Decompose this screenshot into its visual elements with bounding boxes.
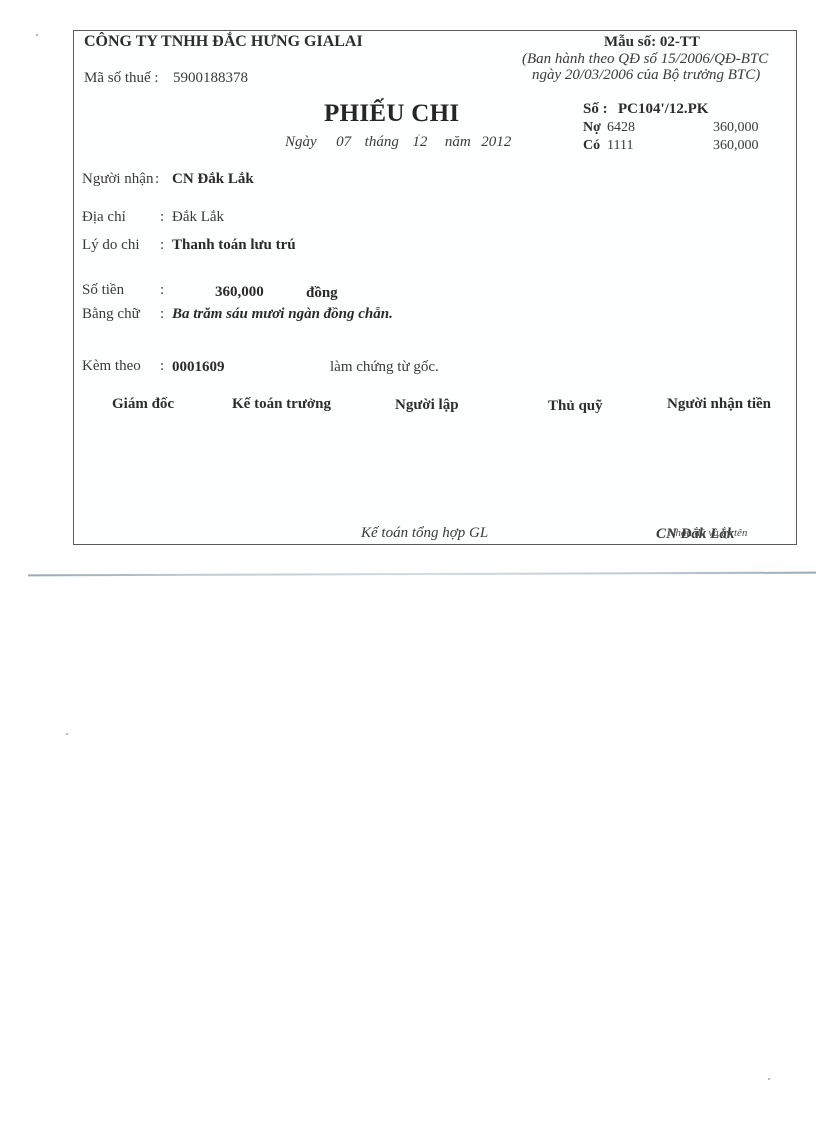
document-title: PHIẾU CHI (324, 100, 459, 128)
attached-suffix: làm chứng từ gốc. (330, 359, 439, 376)
date-year: 2012 (481, 134, 511, 151)
preparer-name: Kế toán tổng hợp GL (361, 525, 488, 542)
date-year-label: năm (445, 134, 471, 151)
debit-label: Nợ (583, 120, 601, 136)
amount-in-words-label: Bằng chữ (82, 306, 140, 323)
amount-colon: : (160, 282, 164, 299)
debit-amount: 360,000 (713, 120, 759, 136)
recipient-value: CN Đắk Lắk (172, 171, 254, 188)
document-date: Ngày 07 tháng 12 năm 2012 (285, 134, 511, 151)
form-regulation-note-line2: ngày 20/03/2006 của Bộ trưởng BTC) (532, 67, 760, 84)
debit-account: 6428 (607, 120, 635, 136)
recipient-colon: : (155, 171, 159, 188)
address-colon: : (160, 209, 164, 226)
form-regulation-note-line1: (Ban hành theo QĐ số 15/2006/QĐ-BTC (522, 51, 768, 68)
amount-in-words-colon: : (160, 306, 164, 323)
credit-account: 1111 (607, 138, 633, 154)
attached-documents-count: 0001609 (172, 359, 225, 376)
tax-code-label: Mã số thuế : (84, 70, 159, 87)
reason-label: Lý do chi (82, 237, 140, 254)
credit-label: Có (583, 138, 600, 154)
signature-cashier: Thủ quỹ (548, 398, 603, 415)
signature-recipient: Người nhận tiền (667, 396, 771, 413)
tax-code-value: 5900188378 (173, 70, 248, 87)
date-month-label: tháng (365, 134, 399, 151)
recipient-label: Người nhận (82, 171, 153, 188)
amount-in-words-value: Ba trăm sáu mươi ngàn đồng chẵn. (172, 306, 393, 323)
reason-colon: : (160, 237, 164, 254)
credit-amount: 360,000 (713, 138, 759, 154)
reason-value: Thanh toán lưu trú (172, 237, 296, 254)
signature-director: Giám đốc (112, 396, 174, 413)
signature-chief-accountant: Kế toán trưởng (232, 396, 331, 413)
recipient-signature-note: Nhận đủ và ký tên (668, 527, 747, 539)
date-month: 12 (412, 134, 427, 151)
scan-speck (418, 134, 420, 136)
address-label: Địa chỉ (82, 209, 126, 226)
amount-label: Số tiền (82, 282, 124, 299)
date-day-label: Ngày (285, 134, 317, 151)
form-code: Mẫu số: 02-TT (604, 34, 700, 51)
amount-currency: đồng (306, 285, 338, 302)
company-name: CÔNG TY TNHH ĐẮC HƯNG GIALAI (84, 33, 363, 51)
amount-value: 360,000 (215, 284, 264, 301)
date-day: 07 (336, 134, 351, 151)
scan-edge-line (28, 572, 816, 577)
scan-speck (36, 34, 38, 36)
scan-speck (768, 1078, 770, 1080)
scan-speck (66, 733, 68, 735)
voucher-number-label: Số : (583, 101, 608, 118)
signature-preparer: Người lập (395, 397, 459, 414)
attached-label: Kèm theo (82, 358, 141, 375)
address-value: Đắk Lắk (172, 209, 224, 226)
voucher-number: PC104'/12.PK (618, 101, 708, 118)
attached-colon: : (160, 358, 164, 375)
